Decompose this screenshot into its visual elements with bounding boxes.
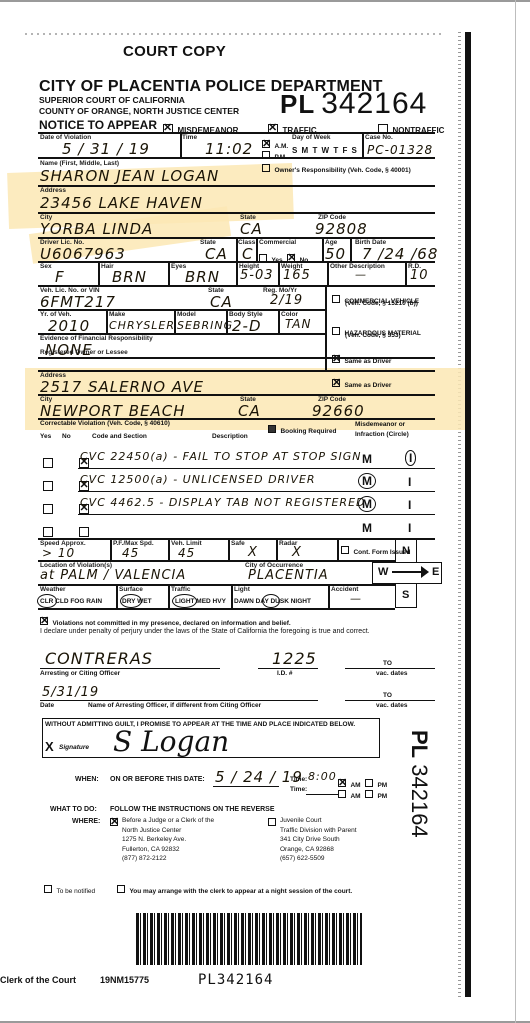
hazmat-checkbox[interactable]	[332, 327, 340, 335]
vertical-prefix: PL	[407, 730, 432, 758]
make-label: Make	[109, 311, 125, 318]
officer-date[interactable]: 5/31/19	[42, 685, 99, 700]
divider	[276, 538, 278, 560]
location-value[interactable]: at PALM / VALENCIA	[40, 568, 186, 583]
col-no: No	[62, 433, 71, 440]
court2-checkbox[interactable]	[268, 818, 276, 826]
booking-checkbox[interactable]	[268, 425, 276, 433]
vertical-citation-number: PL 342164	[406, 730, 432, 838]
divider	[405, 261, 407, 285]
page-frame-right	[515, 0, 516, 1023]
surface-dry-circle	[120, 594, 142, 608]
divider	[345, 668, 435, 669]
appear-time[interactable]: 8:00	[308, 770, 337, 783]
night-session-label: You may arrange with the clerk to appear…	[129, 888, 352, 895]
date-value[interactable]: 5 / 31 / 19	[62, 140, 150, 158]
citation-prefix: PL	[280, 89, 315, 119]
vac-dates-label-1: vac. dates	[376, 670, 407, 677]
height-value[interactable]: 5-03	[240, 268, 274, 283]
violation-row: M I	[40, 519, 435, 539]
citation-number: PL342164	[280, 87, 427, 121]
promise-box: WITHOUT ADMITTING GUILT, I PROMISE TO AP…	[42, 718, 380, 758]
officer-id-label: I.D. #	[277, 670, 293, 677]
signature-value[interactable]: S Logan	[113, 725, 229, 758]
divider	[78, 491, 435, 492]
divider	[306, 794, 338, 795]
court-option-1[interactable]: Before a Judge or a Clerk of the North J…	[110, 816, 214, 864]
appear-time-label: Time:	[290, 776, 307, 783]
court2-line: Juvenile Court	[280, 816, 357, 826]
violation-no-checkbox[interactable]	[79, 527, 89, 537]
arresting-officer-label: Name of Arresting Officer, if different …	[88, 702, 261, 709]
appear-ampm-2: AM PM	[338, 785, 387, 803]
scan-edge-noise	[458, 32, 461, 997]
traffic-cond-label: Traffic	[171, 586, 191, 593]
court2-line: Traffic Division with Parent	[280, 826, 357, 836]
divider	[228, 538, 230, 560]
hazmat-code: (Veh. Code, § 353)	[345, 332, 401, 339]
to-label-2: TO	[383, 692, 392, 699]
scan-top-noise	[25, 33, 445, 35]
driver-city[interactable]: YORBA LINDA	[40, 220, 153, 238]
divider	[78, 514, 435, 515]
night-session-checkbox[interactable]	[117, 885, 125, 893]
violation-text[interactable]: CVC 12500(a) - UNLICENSED DRIVER	[80, 473, 316, 486]
divider	[327, 261, 329, 285]
court1-line: (877) 872-2122	[122, 854, 214, 864]
notice-to-appear-row: NOTICE TO APPEAR	[39, 118, 157, 132]
case-label: Case No.	[365, 134, 393, 141]
veh-limit-value[interactable]: 45	[178, 546, 195, 560]
divider	[38, 370, 435, 372]
court2-line: Orange, CA 92868	[280, 845, 357, 855]
owner-responsibility-label: Owner's Responsibility (Veh. Code, § 400…	[274, 167, 410, 174]
weather-clr-circle	[37, 594, 57, 608]
to-be-notified-label: To be notified	[56, 888, 95, 895]
appear-time-label-2: Time:	[290, 786, 307, 793]
violation-i[interactable]: I	[408, 498, 411, 512]
radar-value[interactable]: X	[292, 545, 302, 560]
officer-name-label: Arresting or Citing Officer	[40, 670, 120, 677]
violation-row: CVC 12500(a) - UNLICENSED DRIVER M I	[40, 473, 435, 493]
court-line-1: SUPERIOR COURT OF CALIFORNIA	[39, 95, 185, 105]
divider	[78, 468, 435, 469]
violation-row: CVC 4462.5 - DISPLAY TAB NOT REGISTERED …	[40, 496, 435, 516]
to-be-notified-checkbox[interactable]	[44, 885, 52, 893]
violation-yes-checkbox[interactable]	[43, 527, 53, 537]
violation-i[interactable]: I	[408, 521, 411, 535]
violation-m[interactable]: M	[362, 521, 372, 535]
not-committed-label: Violations not committed in my presence,…	[52, 620, 290, 627]
owner-address-same-label: Same as Driver	[344, 382, 391, 389]
officer-name[interactable]: CONTRERAS	[45, 649, 153, 668]
perjury-statement: I declare under penalty of perjury under…	[40, 628, 370, 635]
traffic-light-circle	[172, 594, 197, 608]
safe-label: Safe	[231, 540, 245, 547]
divider	[38, 185, 435, 187]
divider	[168, 261, 170, 285]
violation-text[interactable]: CVC 22450(a) - FAIL TO STOP AT STOP SIGN	[80, 450, 362, 463]
pm-label: PM	[377, 793, 387, 800]
what-text: FOLLOW THE INSTRUCTIONS ON THE REVERSE	[110, 806, 275, 813]
vertical-digits: 342164	[407, 764, 432, 837]
divider	[236, 261, 238, 285]
divider	[337, 538, 339, 560]
commercial-label: Commercial	[259, 239, 296, 246]
court1-line: 1275 N. Berkeley Ave.	[122, 835, 214, 845]
owner-same-option[interactable]: Same as Driver	[332, 350, 391, 368]
violation-i-circled[interactable]: I	[405, 450, 416, 466]
notice-title: NOTICE TO APPEAR	[39, 118, 157, 132]
divider	[278, 309, 280, 333]
x-mark: X	[45, 739, 54, 754]
weather-label: Weather	[40, 586, 66, 593]
driver-address[interactable]: 23456 LAKE HAVEN	[40, 194, 203, 212]
pf-value[interactable]: 45	[122, 546, 139, 560]
rd-value[interactable]: 10	[410, 268, 429, 283]
court1-line: Before a Judge or a Clerk of the	[122, 816, 214, 826]
time-label: Time	[182, 134, 197, 141]
violation-m-circled[interactable]: M	[358, 496, 376, 512]
other-value[interactable]: —	[355, 268, 367, 281]
divider	[40, 700, 318, 701]
divider	[168, 538, 170, 560]
owner-label: Registered Owner or Lessee	[40, 349, 128, 356]
col-code: Code and Section	[92, 433, 147, 440]
divider	[38, 608, 395, 610]
divider	[98, 261, 100, 285]
sex-value[interactable]: F	[55, 268, 65, 286]
address-label: Address	[40, 187, 66, 194]
eyes-value[interactable]: BRN	[185, 268, 220, 286]
accident-value[interactable]: —	[350, 592, 362, 605]
docket-number: 19NM15775	[100, 975, 149, 985]
col-desc: Description	[212, 433, 248, 440]
divider	[328, 584, 330, 608]
compass-n[interactable]: N	[402, 545, 410, 557]
divider	[350, 237, 352, 261]
light-day-circle	[262, 594, 280, 608]
cont-form-checkbox[interactable]	[341, 546, 349, 554]
violation-row: CVC 22450(a) - FAIL TO STOP AT STOP SIGN…	[40, 450, 435, 470]
commercial-vehicle-checkbox[interactable]	[332, 295, 340, 303]
compass-arrow-line	[392, 571, 424, 573]
col-yes: Yes	[40, 433, 51, 440]
divider	[345, 700, 435, 701]
when-text: ON OR BEFORE THIS DATE:	[110, 776, 205, 783]
court1-line: North Justice Center	[122, 826, 214, 836]
color-value[interactable]: TAN	[285, 317, 311, 331]
safe-value[interactable]: X	[248, 545, 258, 560]
appear-pm-checkbox-2[interactable]	[365, 790, 373, 798]
copy-label: COURT COPY	[123, 43, 226, 60]
nontraffic-label: NONTRAFFIC	[392, 126, 444, 135]
compass-arrow-icon	[421, 566, 429, 578]
weight-value[interactable]: 165	[283, 268, 311, 283]
surface-label: Surface	[119, 586, 143, 593]
speed-value[interactable]: > 10	[42, 546, 75, 560]
court1-checkbox[interactable]	[110, 818, 118, 826]
violation-yes-checkbox[interactable]	[43, 458, 53, 468]
divider	[106, 309, 108, 333]
case-value[interactable]: PC-01328	[367, 143, 433, 157]
city-occ-value[interactable]: PLACENTIA	[248, 568, 329, 583]
divider	[38, 394, 435, 396]
court-option-2[interactable]: Juvenile Court Traffic Division with Par…	[268, 816, 357, 864]
divider	[40, 668, 220, 669]
court2-line: 341 City Drive South	[280, 835, 357, 845]
clerk-label: Clerk of the Court	[0, 975, 76, 985]
model-value[interactable]: SEBRING	[177, 319, 233, 332]
driver-state[interactable]: CA	[240, 220, 263, 238]
appear-am-checkbox-2[interactable]	[338, 790, 346, 798]
day-label: Day of Week	[292, 134, 331, 141]
divider	[226, 309, 228, 333]
booking-label: Booking Required	[280, 428, 336, 435]
scan-edge-bar	[465, 32, 471, 997]
reg-value[interactable]: 2/19	[270, 293, 303, 308]
divider	[213, 786, 279, 787]
commercial-vehicle-code: (Veh. Code, § 15210 (b))	[345, 300, 418, 307]
compass-e[interactable]: E	[432, 566, 439, 578]
make-value[interactable]: CHRYSLER	[109, 319, 175, 332]
officer-date-label: Date	[40, 702, 54, 709]
divider	[168, 584, 170, 608]
what-label: WHAT TO DO:	[50, 806, 97, 813]
barcode	[136, 913, 362, 965]
compass-s[interactable]: S	[402, 589, 409, 601]
divider	[278, 261, 280, 285]
hair-value[interactable]: BRN	[112, 268, 147, 286]
barcode-text: PL342164	[198, 972, 273, 988]
day-of-week: S M T W T F S	[292, 146, 358, 155]
to-be-notified-option[interactable]: To be notified	[44, 880, 95, 898]
driver-zip[interactable]: 92808	[315, 220, 368, 238]
citation-digits: 342164	[321, 87, 427, 120]
where-label: WHERE:	[72, 818, 100, 825]
divider	[362, 133, 364, 157]
misdemeanor-option[interactable]: MISDEMEANOR	[163, 120, 238, 138]
booking-option[interactable]: Booking Required	[268, 420, 336, 438]
sex-label: Sex	[40, 263, 52, 270]
to-label-1: TO	[383, 660, 392, 667]
owner-address-same-option[interactable]: Same as Driver	[332, 374, 391, 392]
model-label: Model	[177, 311, 196, 318]
divider	[322, 237, 324, 261]
compass-w[interactable]: W	[378, 566, 388, 578]
night-session-option[interactable]: You may arrange with the clerk to appear…	[117, 880, 352, 898]
not-committed-checkbox[interactable]	[40, 617, 48, 625]
time-value[interactable]: 11:02	[205, 140, 253, 158]
divider	[256, 237, 258, 261]
owner-responsibility-checkbox[interactable]	[262, 164, 270, 172]
signature-label: Signature	[59, 744, 89, 751]
court-line-2: COUNTY OF ORANGE, NORTH JUSTICE CENTER	[39, 106, 239, 116]
owner-responsibility[interactable]: Owner's Responsibility (Veh. Code, § 400…	[262, 159, 411, 177]
divider	[116, 584, 118, 608]
divider	[38, 212, 435, 214]
when-label: WHEN:	[75, 776, 99, 783]
violation-text[interactable]: CVC 4462.5 - DISPLAY TAB NOT REGISTERED	[80, 496, 366, 509]
violation-yes-checkbox[interactable]	[43, 481, 53, 491]
officer-id[interactable]: 1225	[272, 649, 317, 668]
page-frame-top	[0, 0, 530, 2]
divider	[174, 309, 176, 333]
driver-name[interactable]: SHARON JEAN LOGAN	[40, 167, 219, 185]
court1-line: Fullerton, CA 92832	[122, 845, 214, 855]
am-label: AM	[350, 793, 360, 800]
divider	[231, 584, 233, 608]
owner-same-label: Same as Driver	[344, 358, 391, 365]
divider	[258, 668, 318, 669]
violation-i[interactable]: I	[408, 475, 411, 489]
correctable-label: Correctable Violation (Veh. Code, § 4061…	[40, 420, 170, 427]
violation-m[interactable]: M	[362, 452, 372, 466]
misd-infraction-label: Misdemeanor or Infraction (Circle)	[355, 420, 430, 440]
violation-yes-checkbox[interactable]	[43, 504, 53, 514]
eyes-label: Eyes	[171, 263, 186, 270]
divider	[110, 538, 112, 560]
owner-address-same-checkbox[interactable]	[332, 379, 340, 387]
light-label: Light	[234, 586, 250, 593]
court2-line: (657) 622-5509	[280, 854, 357, 864]
name-label: Name (First, Middle, Last)	[40, 160, 119, 167]
violation-m-circled[interactable]: M	[358, 473, 376, 489]
vac-dates-label-2: vac. dates	[376, 702, 407, 709]
owner-same-checkbox[interactable]	[332, 355, 340, 363]
